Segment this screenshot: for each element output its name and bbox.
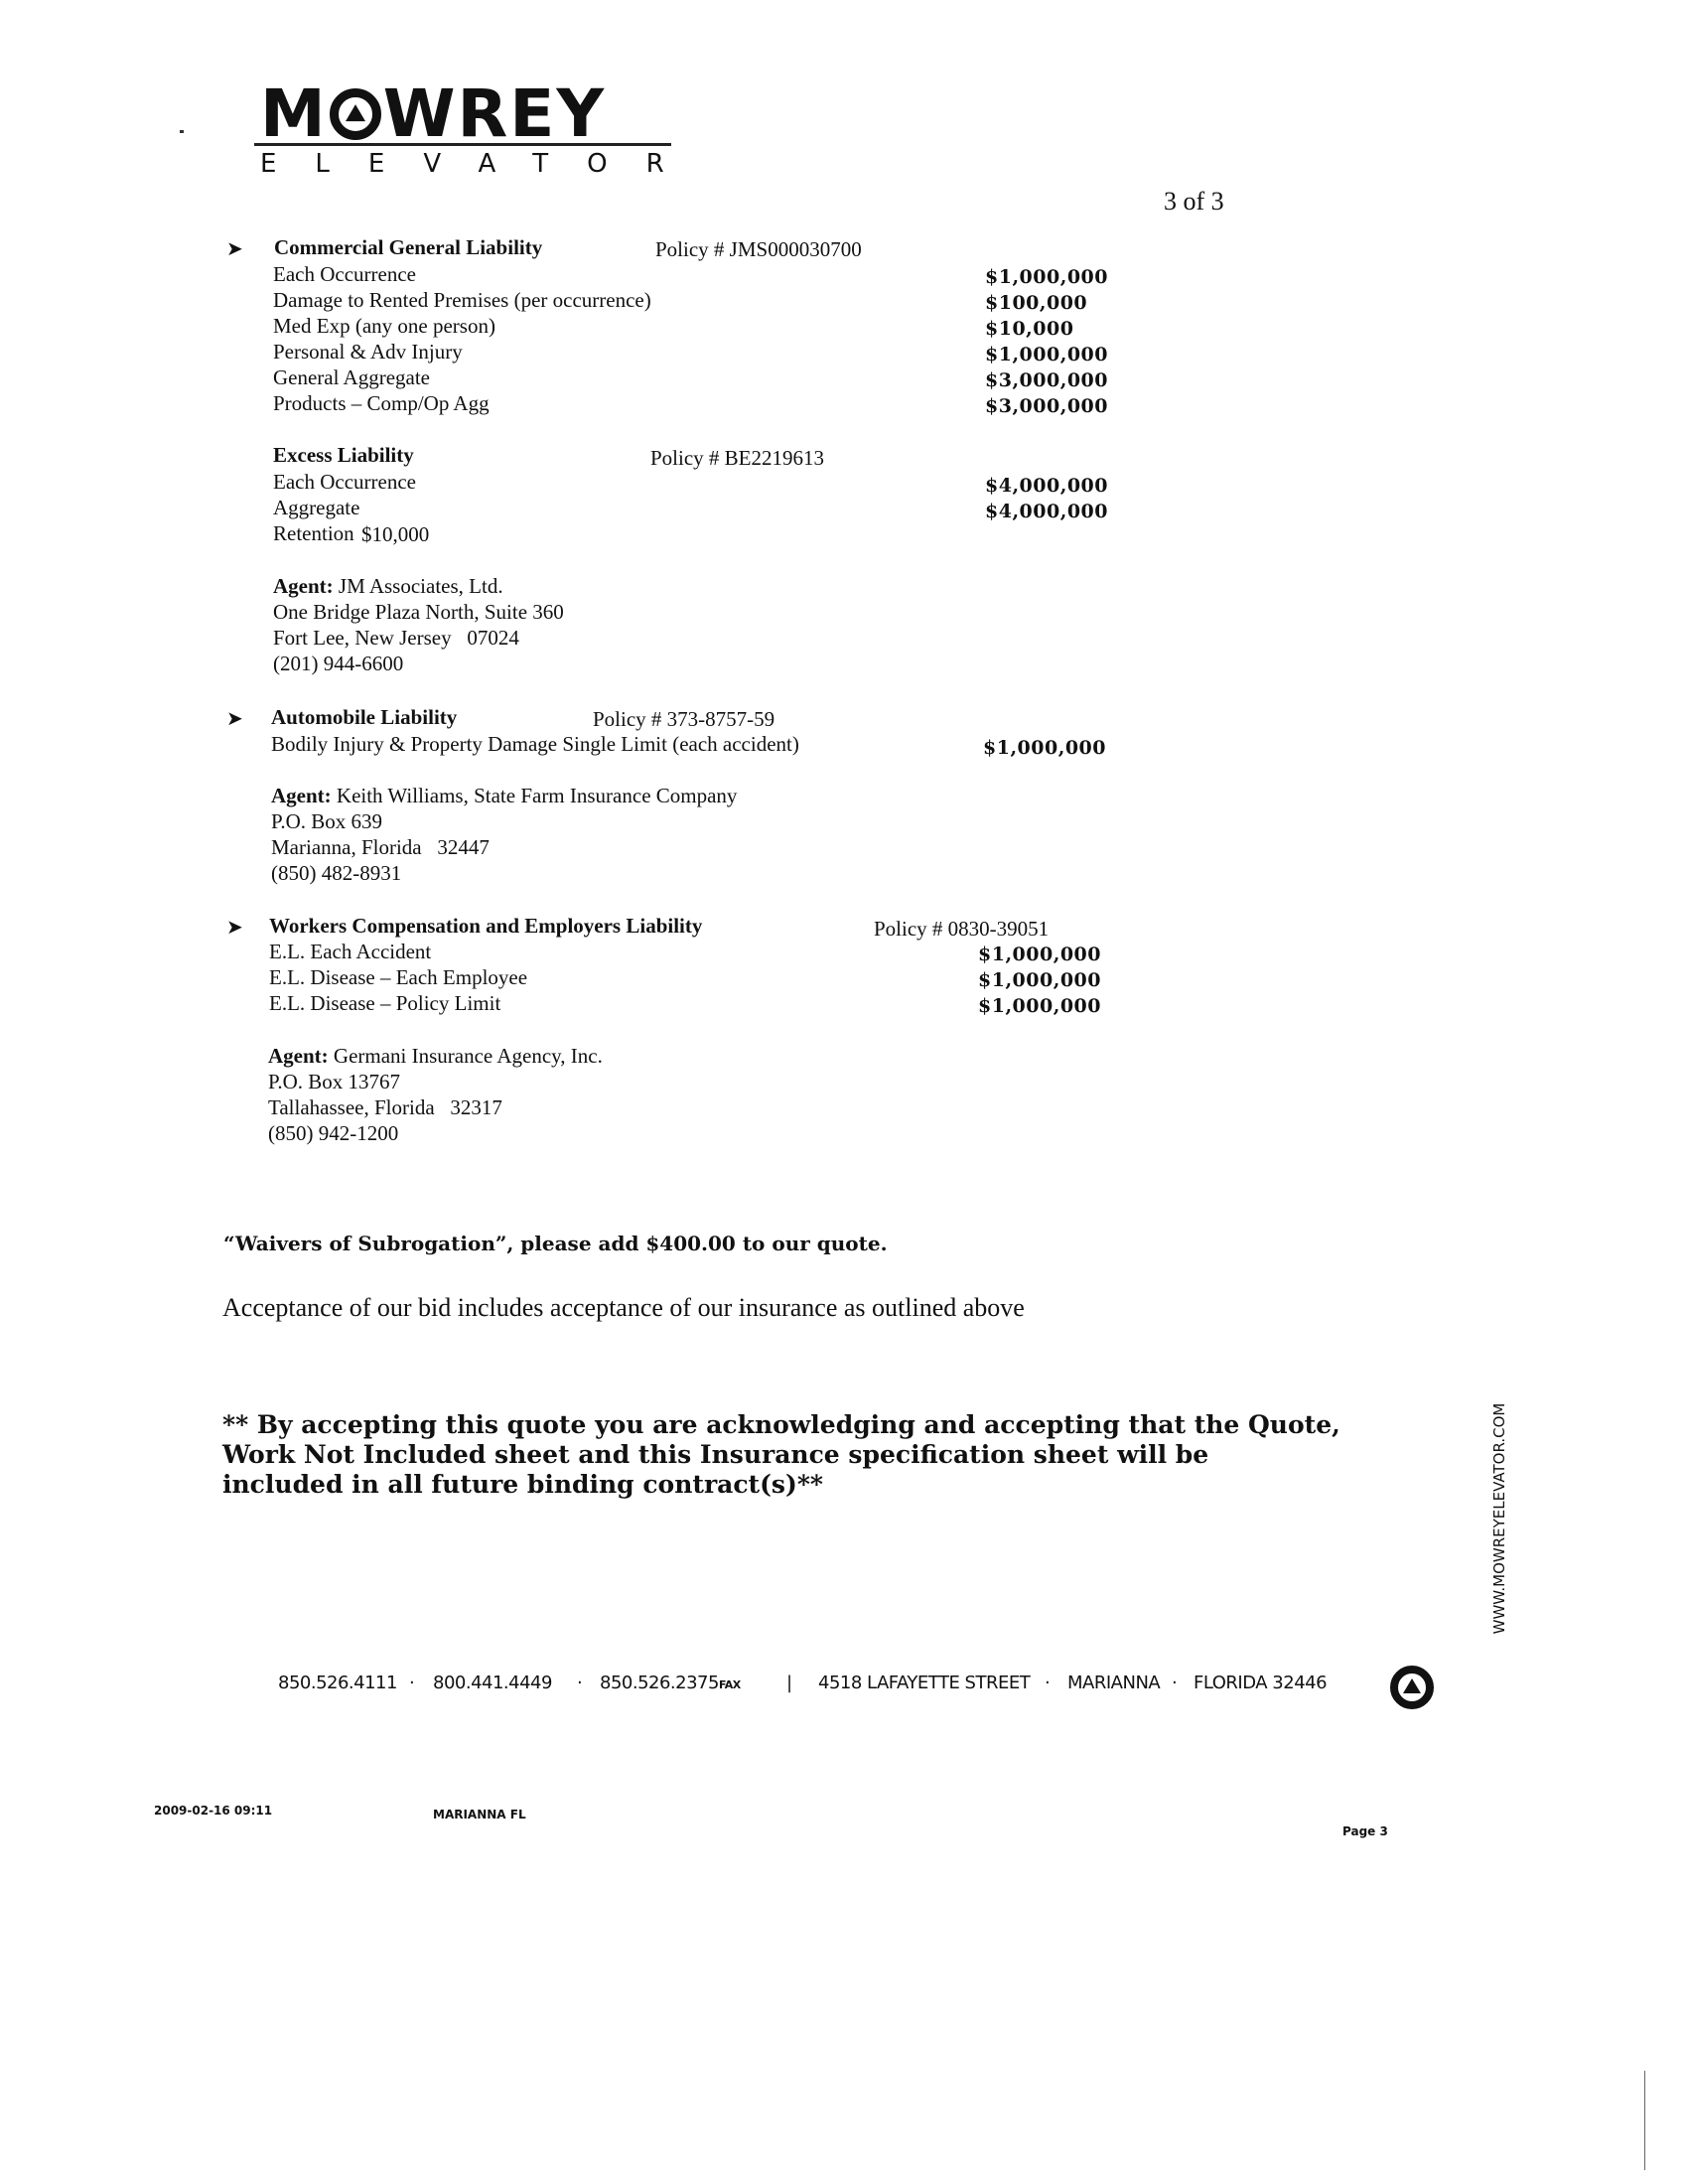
agent-phone: (201) 944-6600 [273, 651, 403, 676]
section-title-workers: Workers Compensation and Employers Liabi… [269, 913, 702, 939]
section-title-excess: Excess Liability [273, 442, 414, 468]
bullet-arrow-icon: ➤ [226, 706, 243, 730]
website-url: WWW.MOWREYELEVATOR.COM [1490, 1389, 1508, 1648]
agent-address: P.O. Box 639 [271, 808, 382, 834]
coverage-amount: $4,000,000 [985, 501, 1108, 522]
footer-dot: · [577, 1673, 582, 1693]
company-logo: M WREY [260, 81, 606, 147]
agent-label: Agent: [271, 784, 332, 807]
coverage-amount: $3,000,000 [985, 395, 1108, 417]
coverage-label: Products – Comp/Op Agg [273, 390, 490, 416]
coverage-amount: $10,000 [985, 318, 1073, 340]
coverage-amount: $1,000,000 [985, 344, 1108, 365]
fax-number: 850.526.2375 [600, 1673, 719, 1693]
notice-line: included in all future binding contract(… [222, 1470, 1414, 1500]
agent-name: JM Associates, Ltd. [339, 574, 503, 598]
elevator-arrow-logo-icon [1390, 1666, 1434, 1709]
logo-subtitle: ELEVATOR [260, 149, 703, 179]
fax-page-number: Page 3 [1342, 1824, 1388, 1838]
retention-label: Retention [273, 520, 354, 546]
fax-location: MARIANNA FL [433, 1808, 526, 1821]
notice-line: Work Not Included sheet and this Insuran… [222, 1440, 1414, 1470]
coverage-label: E.L. Each Accident [269, 939, 431, 964]
footer-dot: · [1045, 1673, 1050, 1693]
agent-city-line: Fort Lee, New Jersey 07024 [273, 625, 519, 651]
agent-name: Germani Insurance Agency, Inc. [334, 1044, 603, 1068]
logo-word-left: M [260, 81, 328, 147]
coverage-amount: $1,000,000 [978, 969, 1101, 991]
footer-city: MARIANNA [1067, 1673, 1160, 1693]
coverage-label: Each Occurrence [273, 261, 416, 287]
scan-edge-mark [1644, 2071, 1645, 2170]
agent-city-state: Tallahassee, Florida [268, 1095, 435, 1119]
logo-divider [254, 143, 671, 146]
coverage-amount: $1,000,000 [978, 995, 1101, 1017]
agent-city-line: Marianna, Florida 32447 [271, 834, 490, 860]
coverage-amount: $4,000,000 [985, 475, 1108, 497]
footer-street: 4518 LAFAYETTE STREET [818, 1673, 1030, 1693]
agent-phone: (850) 942-1200 [268, 1120, 398, 1146]
coverage-label: Each Occurrence [273, 469, 416, 495]
section-title-cgl: Commercial General Liability [274, 234, 542, 260]
coverage-label: Med Exp (any one person) [273, 313, 495, 339]
elevator-arrow-logo-icon [330, 88, 381, 140]
coverage-label: Personal & Adv Injury [273, 339, 463, 364]
agent-address: P.O. Box 13767 [268, 1069, 400, 1094]
coverage-label: Bodily Injury & Property Damage Single L… [271, 731, 799, 757]
policy-number-auto: Policy # 373-8757-59 [593, 706, 774, 732]
retention-value: $10,000 [361, 521, 429, 547]
coverage-label: E.L. Disease – Policy Limit [269, 990, 500, 1016]
footer-phone-main: 850.526.4111 [278, 1673, 397, 1693]
policy-number-cgl: Policy # JMS000030700 [655, 236, 862, 262]
scan-speck [180, 130, 184, 133]
agent-zip: 32447 [437, 835, 490, 859]
agent-block-excess: Agent: JM Associates, Ltd. [273, 573, 503, 599]
acceptance-statement: Acceptance of our bid includes acceptanc… [222, 1293, 1025, 1323]
coverage-amount: $100,000 [985, 292, 1087, 314]
section-title-auto: Automobile Liability [271, 704, 457, 730]
coverage-amount: $1,000,000 [985, 266, 1108, 288]
footer-state-zip: FLORIDA 32446 [1194, 1673, 1327, 1693]
coverage-label: Damage to Rented Premises (per occurrenc… [273, 287, 651, 313]
agent-city-line: Tallahassee, Florida 32317 [268, 1094, 502, 1120]
coverage-amount: $3,000,000 [985, 369, 1108, 391]
coverage-label: Aggregate [273, 495, 359, 520]
agent-phone: (850) 482-8931 [271, 860, 401, 886]
fax-timestamp: 2009-02-16 09:11 [154, 1804, 272, 1818]
footer-dot: · [409, 1673, 414, 1693]
policy-number-excess: Policy # BE2219613 [650, 445, 824, 471]
agent-address: One Bridge Plaza North, Suite 360 [273, 599, 564, 625]
agent-block-auto: Agent: Keith Williams, State Farm Insura… [271, 783, 737, 808]
agent-city-state: Fort Lee, New Jersey [273, 626, 452, 650]
bullet-arrow-icon: ➤ [226, 915, 243, 939]
agent-zip: 32317 [450, 1095, 502, 1119]
coverage-label: E.L. Disease – Each Employee [269, 964, 527, 990]
binding-contract-notice: ** By accepting this quote you are ackno… [222, 1410, 1414, 1500]
logo-word-right: WREY [383, 81, 607, 147]
agent-city-state: Marianna, Florida [271, 835, 422, 859]
notice-line: ** By accepting this quote you are ackno… [222, 1410, 1414, 1440]
agent-label: Agent: [268, 1044, 329, 1068]
footer-phone-tollfree: 800.441.4449 [433, 1673, 552, 1693]
footer-separator: | [786, 1673, 792, 1693]
agent-zip: 07024 [467, 626, 519, 650]
agent-block-workers: Agent: Germani Insurance Agency, Inc. [268, 1043, 603, 1069]
coverage-amount: $1,000,000 [983, 737, 1106, 759]
footer-dot: · [1172, 1673, 1177, 1693]
page-indicator: 3 of 3 [1164, 187, 1224, 217]
agent-name: Keith Williams, State Farm Insurance Com… [337, 784, 738, 807]
policy-number-workers: Policy # 0830-39051 [874, 916, 1049, 942]
bullet-arrow-icon: ➤ [226, 236, 243, 260]
coverage-label: General Aggregate [273, 364, 430, 390]
fax-label: FAX [719, 1678, 741, 1691]
agent-label: Agent: [273, 574, 334, 598]
waiver-of-subrogation-note: “Waivers of Subrogation”, please add $40… [223, 1232, 888, 1255]
footer-fax: 850.526.2375FAX [600, 1673, 741, 1693]
coverage-amount: $1,000,000 [978, 944, 1101, 965]
